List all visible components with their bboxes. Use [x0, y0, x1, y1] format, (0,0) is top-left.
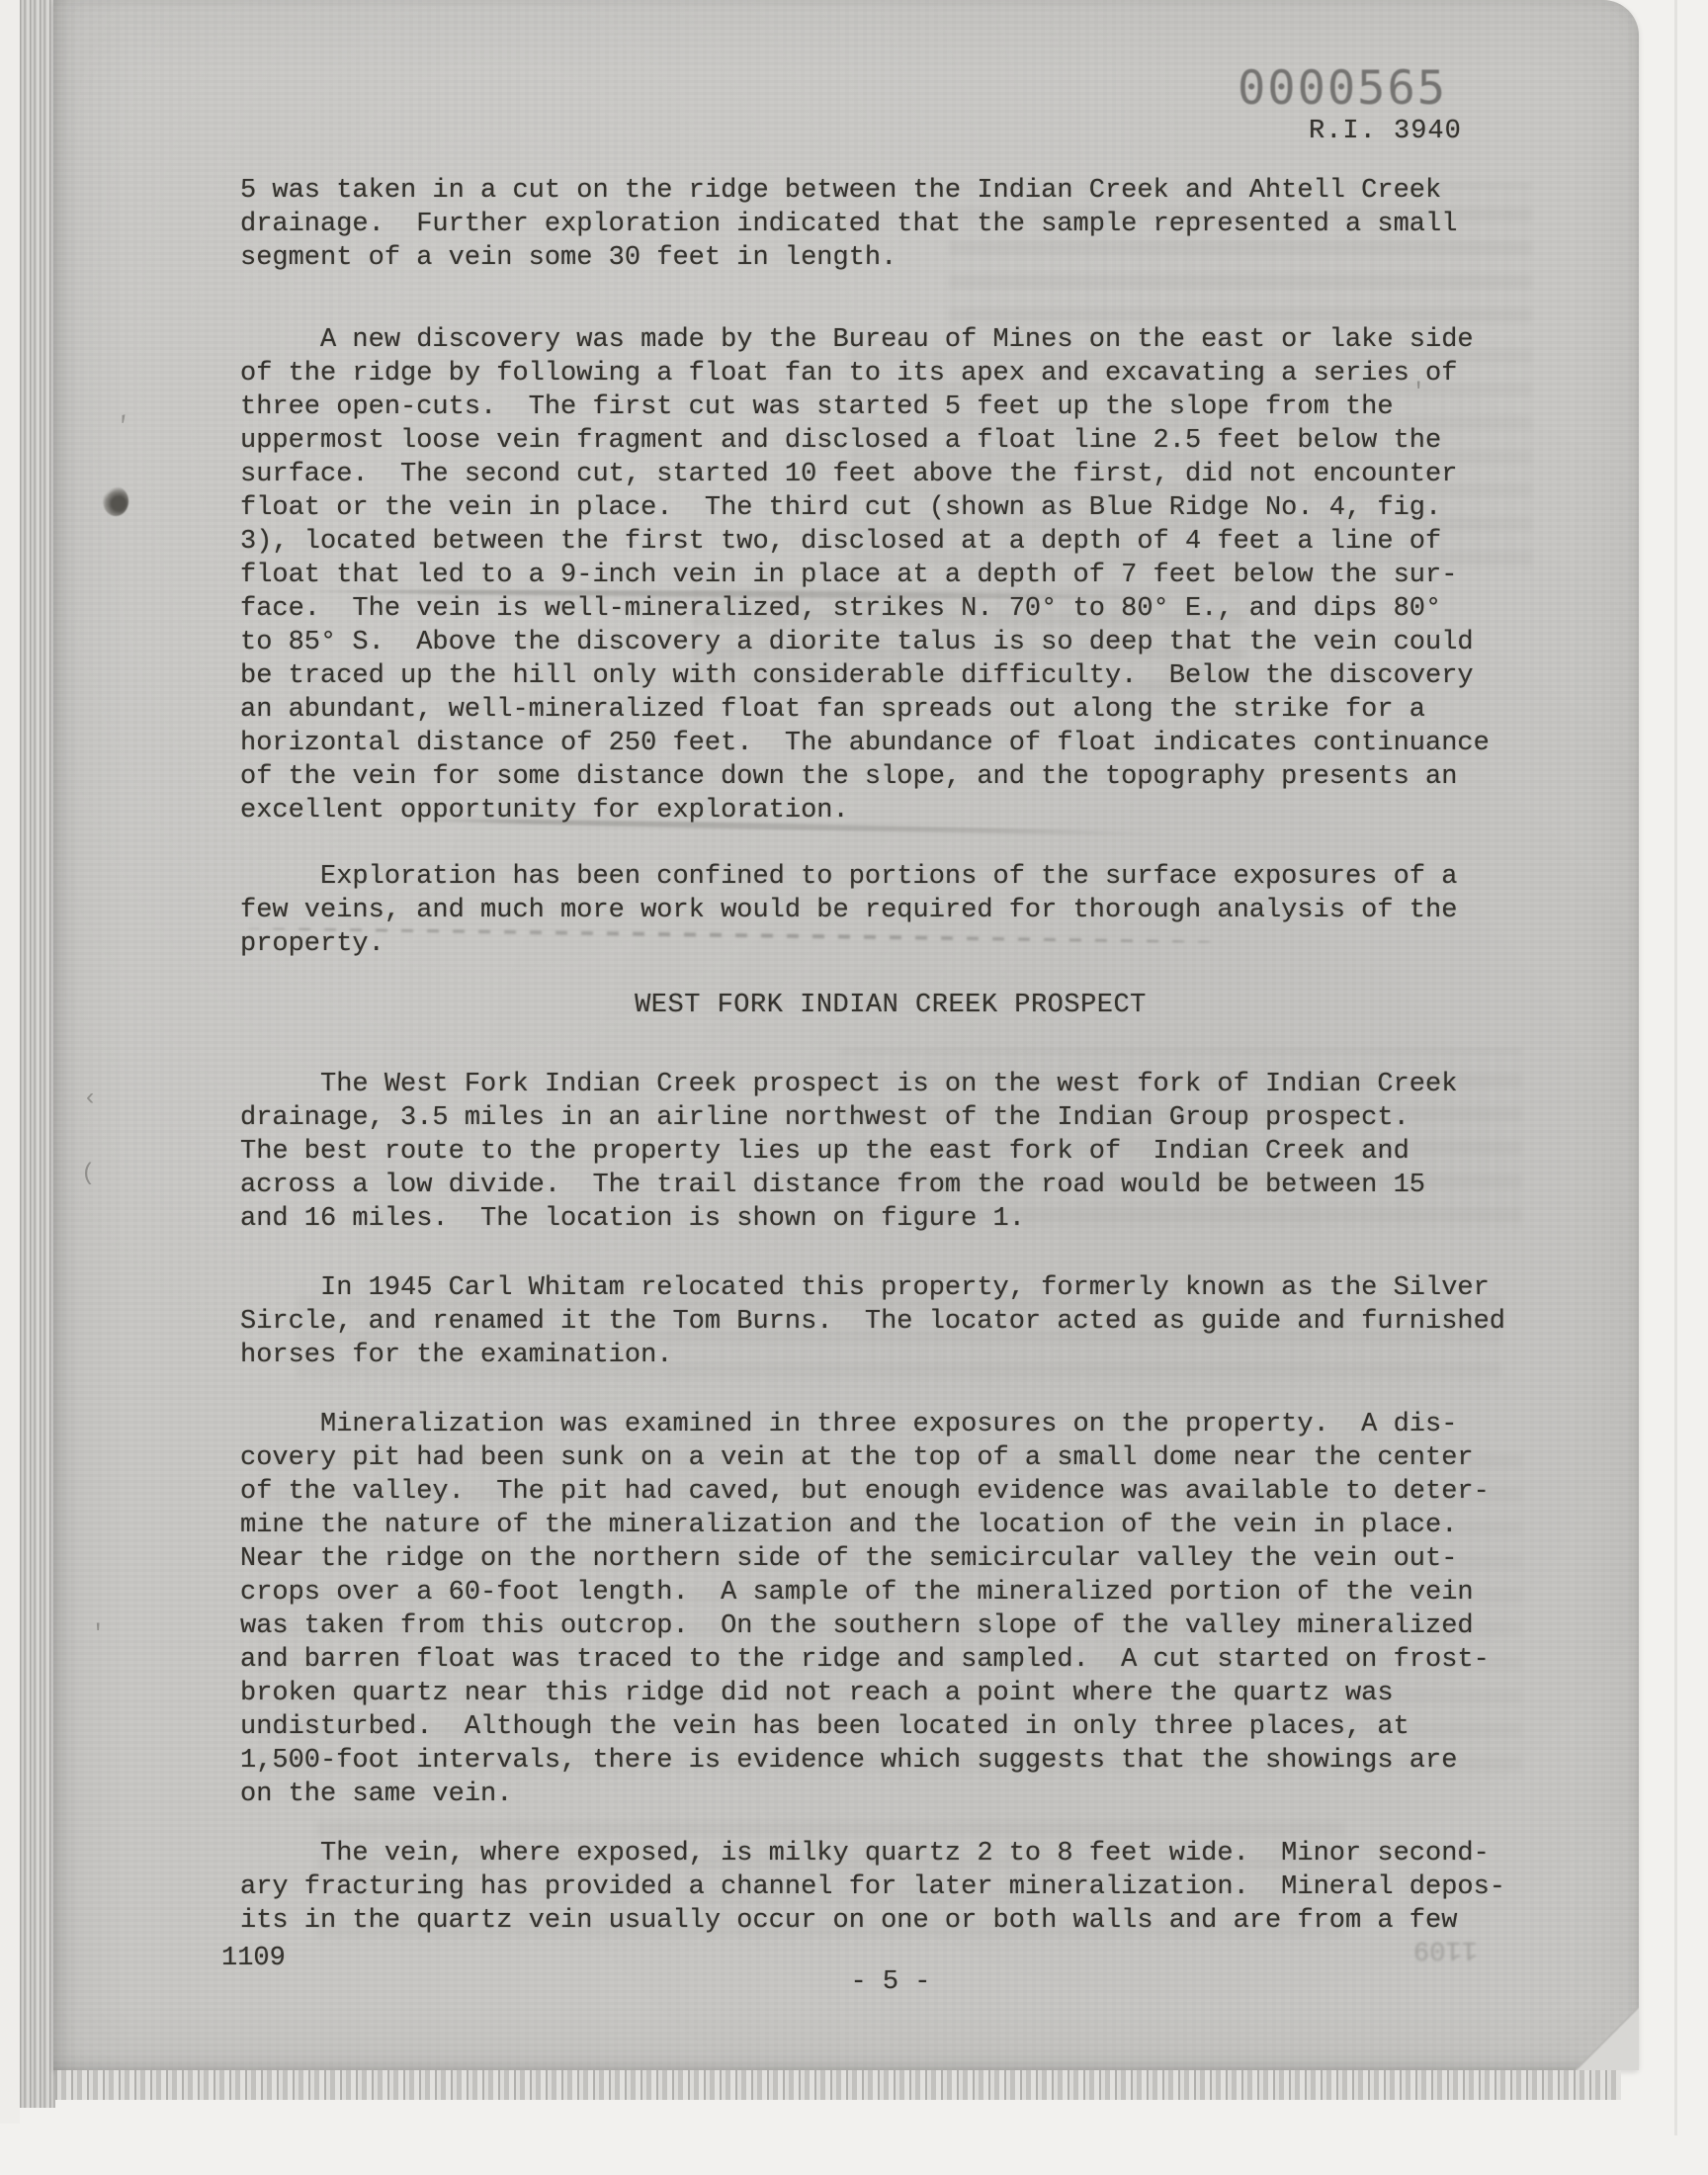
paragraph: 5 was taken in a cut on the ridge betwee… — [240, 174, 1541, 275]
bleedthrough-job-number: 1109 — [1413, 1934, 1478, 1963]
paragraph: Exploration has been confined to portion… — [240, 860, 1541, 961]
text-line: excellent opportunity for exploration. — [240, 794, 1541, 827]
text-line: float that led to a 9-inch vein in place… — [240, 559, 1541, 592]
stray-mark: ' — [91, 1621, 105, 1648]
text-line: The vein, where exposed, is milky quartz… — [240, 1837, 1541, 1870]
text-line: 1,500-foot intervals, there is evidence … — [240, 1744, 1541, 1778]
section-heading: WEST FORK INDIAN CREEK PROSPECT — [240, 991, 1541, 1020]
text-line: and 16 miles. The location is shown on f… — [240, 1202, 1541, 1236]
text-line: three open-cuts. The first cut was start… — [240, 391, 1541, 424]
text-line: float or the vein in place. The third cu… — [240, 491, 1541, 525]
stray-mark: ( — [81, 1161, 95, 1187]
text-line: Near the ridge on the northern side of t… — [240, 1542, 1541, 1576]
text-line: was taken from this outcrop. On the sout… — [240, 1609, 1541, 1643]
ink-blot — [103, 486, 128, 516]
text-line: ary fracturing has provided a channel fo… — [240, 1870, 1541, 1904]
text-line: broken quartz near this ridge did not re… — [240, 1677, 1541, 1710]
text-line: segment of a vein some 30 feet in length… — [240, 241, 1541, 275]
text-line: The best route to the property lies up t… — [240, 1135, 1541, 1169]
text-line: few veins, and much more work would be r… — [240, 894, 1541, 927]
stray-mark: , — [114, 398, 134, 428]
paragraph: Mineralization was examined in three exp… — [240, 1408, 1541, 1811]
page-content: 0000565 R.I. 3940 5 was taken in a cut o… — [0, 0, 1708, 2175]
text-line: surface. The second cut, started 10 feet… — [240, 458, 1541, 491]
text-line: A new discovery was made by the Bureau o… — [240, 323, 1541, 357]
text-line: horizontal distance of 250 feet. The abu… — [240, 727, 1541, 760]
text-line: drainage. Further exploration indicated … — [240, 208, 1541, 241]
text-line: uppermost loose vein fragment and disclo… — [240, 424, 1541, 458]
text-line: In 1945 Carl Whitam relocated this prope… — [240, 1271, 1541, 1305]
text-line: 5 was taken in a cut on the ridge betwee… — [240, 174, 1541, 208]
text-line: drainage, 3.5 miles in an airline northw… — [240, 1101, 1541, 1135]
text-line: 3), located between the first two, discl… — [240, 525, 1541, 559]
paragraph: A new discovery was made by the Bureau o… — [240, 323, 1541, 827]
text-line: The West Fork Indian Creek prospect is o… — [240, 1068, 1541, 1101]
text-line: undisturbed. Although the vein has been … — [240, 1710, 1541, 1744]
paragraph: In 1945 Carl Whitam relocated this prope… — [240, 1271, 1541, 1372]
text-line: property. — [240, 927, 1541, 961]
text-line: of the vein for some distance down the s… — [240, 760, 1541, 794]
paragraph: The West Fork Indian Creek prospect is o… — [240, 1068, 1541, 1236]
text-line: face. The vein is well-mineralized, stri… — [240, 592, 1541, 626]
stray-mark: ‹ — [83, 1086, 97, 1112]
serial-number-stamp: 0000565 — [1238, 61, 1447, 116]
report-number: R.I. 3940 — [1309, 117, 1462, 146]
text-line: on the same vein. — [240, 1778, 1541, 1811]
text-line: Sircle, and renamed it the Tom Burns. Th… — [240, 1305, 1541, 1339]
text-line: covery pit had been sunk on a vein at th… — [240, 1441, 1541, 1475]
page-number: - 5 - — [240, 1967, 1541, 1997]
text-line: of the valley. The pit had caved, but en… — [240, 1475, 1541, 1509]
text-line: and barren float was traced to the ridge… — [240, 1643, 1541, 1677]
text-line: across a low divide. The trail distance … — [240, 1169, 1541, 1202]
stray-mark: ' — [1411, 380, 1425, 406]
text-line: an abundant, well-mineralized float fan … — [240, 693, 1541, 727]
text-line: crops over a 60-foot length. A sample of… — [240, 1576, 1541, 1609]
text-line: be traced up the hill only with consider… — [240, 659, 1541, 693]
text-line: Exploration has been confined to portion… — [240, 860, 1541, 894]
text-line: of the ridge by following a float fan to… — [240, 357, 1541, 391]
text-line: Mineralization was examined in three exp… — [240, 1408, 1541, 1441]
text-line: its in the quartz vein usually occur on … — [240, 1904, 1541, 1938]
text-line: horses for the examination. — [240, 1339, 1541, 1372]
text-line: mine the nature of the mineralization an… — [240, 1509, 1541, 1542]
paragraph: The vein, where exposed, is milky quartz… — [240, 1837, 1541, 1938]
text-line: to 85° S. Above the discovery a diorite … — [240, 626, 1541, 659]
scanned-document-page: 0000565 R.I. 3940 5 was taken in a cut o… — [0, 0, 1708, 2175]
